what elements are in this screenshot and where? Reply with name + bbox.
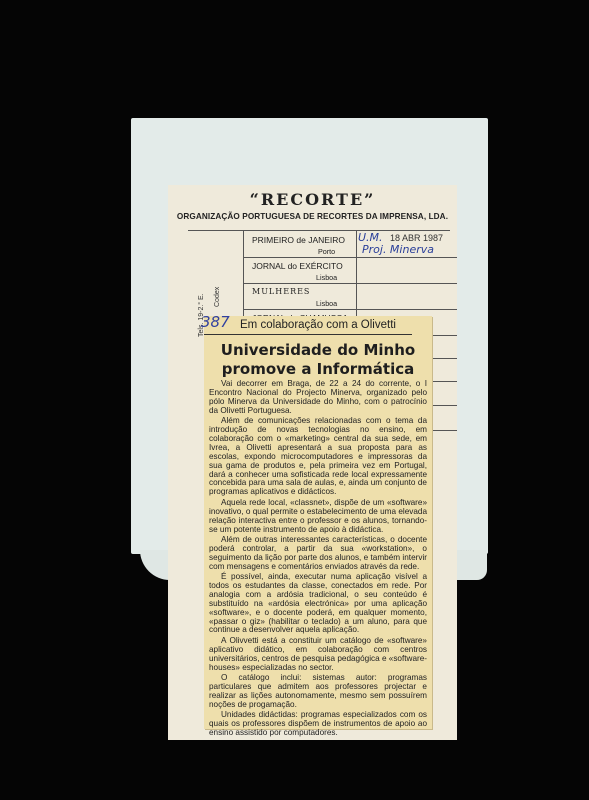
row-rule <box>432 405 457 406</box>
paragraph: Aquela rede local, «classnet», dispõe de… <box>209 499 427 535</box>
row-rule <box>243 309 457 310</box>
row-rule <box>432 381 457 382</box>
row-rule <box>432 358 457 359</box>
row-rule <box>432 430 457 431</box>
paragraph: A Olivvetti está a constituir um catálog… <box>209 637 427 673</box>
article-body: Vai decorrer em Braga, de 22 a 24 do cor… <box>209 380 427 739</box>
publication-name: MULHERES <box>252 287 310 296</box>
form-title: “RECORTE” <box>168 190 457 209</box>
row-rule <box>432 335 457 336</box>
headline-line-2: promove a Informática <box>204 360 432 379</box>
form-rule <box>188 230 450 231</box>
publication-city: Lisboa <box>316 299 337 308</box>
row-rule <box>243 283 457 284</box>
paragraph: É possível, ainda, executar numa aplicaç… <box>209 573 427 635</box>
publication-name: JORNAL do EXÉRCITO <box>252 261 343 271</box>
date-stamp: 18 ABR 1987 <box>390 233 443 243</box>
kicker-rule <box>204 334 412 335</box>
publication-city: Porto <box>318 247 335 256</box>
publication-name: PRIMEIRO de JANEIRO <box>252 235 345 245</box>
kicker: Em colaboração com a Olivetti <box>240 319 396 331</box>
paragraph: O catálogo inclui: sistemas autor: progr… <box>209 674 427 710</box>
paragraph: Além de outras interessantes característ… <box>209 536 427 572</box>
handwritten-number: 387 <box>201 313 230 331</box>
paragraph: Unidades didáctidas: programas especiali… <box>209 711 427 738</box>
handwritten-note: Proj. Minerva <box>362 243 434 256</box>
publication-city: Lisboa <box>316 273 337 282</box>
paragraph: Vai decorrer em Braga, de 22 a 24 do cor… <box>209 380 427 416</box>
newspaper-clipping: 387 Em colaboração com a Olivetti Univer… <box>204 316 432 729</box>
form-subtitle: ORGANIZAÇÃO PORTUGUESA DE RECORTES DA IM… <box>168 212 457 221</box>
headline-line-1: Universidade do Minho <box>204 341 432 360</box>
form-side-text-codex: Codex <box>214 287 221 307</box>
row-rule <box>243 257 457 258</box>
headline: Universidade do Minho promove a Informát… <box>204 341 432 379</box>
paragraph: Além de comunicações relacionadas com o … <box>209 417 427 497</box>
